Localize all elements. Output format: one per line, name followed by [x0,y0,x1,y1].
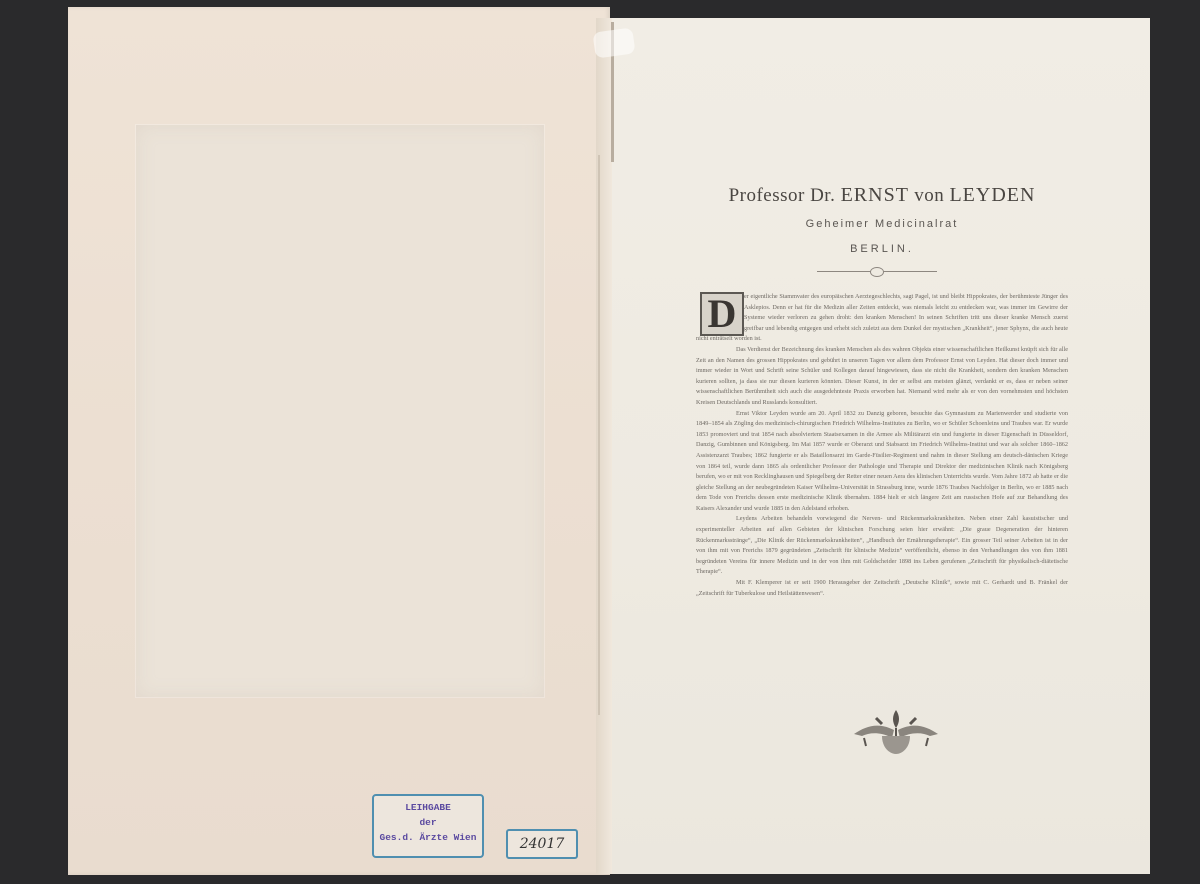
stamp-line-1: LEIHGABE [374,800,482,815]
library-loan-stamp: LEIHGABE der Ges.d. Ärzte Wien [372,794,484,858]
blank-plate-area [136,125,544,697]
stamp-line-3: Ges.d. Ärzte Wien [374,830,482,845]
floral-vignette-icon [848,706,944,756]
stamp-line-2: der [374,815,482,830]
decorated-initial-letter: D [700,292,744,336]
right-page: Professor Dr. ERNST von LEYDEN Geheimer … [612,18,1150,874]
title-particle: von [914,185,944,206]
page-title: Professor Dr. ERNST von LEYDEN [712,184,1052,207]
paragraph-1: er eigentliche Stammvater des europäisch… [696,292,1068,345]
inventory-number-stamp: 24017 [506,829,578,859]
title-surname: LEYDEN [949,184,1035,206]
title-prefix: Professor Dr. [729,185,836,206]
paragraph-5: Mit F. Klemperer ist er seit 1900 Heraus… [696,578,1068,599]
paragraph-3: Ernst Viktor Leyden wurde am 20. April 1… [696,409,1068,515]
left-page [68,7,610,875]
paragraph-4: Leydens Arbeiten behandeln vorwiegend di… [696,514,1068,578]
paragraph-2: Das Verdienst der Bezeichnung des kranke… [696,345,1068,409]
title-first-name: ERNST [841,184,909,206]
biography-text: er eigentliche Stammvater des europäisch… [696,292,1068,599]
paper-stub-edge [598,155,600,715]
page-subtitle: Geheimer Medicinalrat [712,218,1052,230]
city-line: BERLIN. [712,243,1052,255]
divider-ornament-icon [870,267,884,277]
